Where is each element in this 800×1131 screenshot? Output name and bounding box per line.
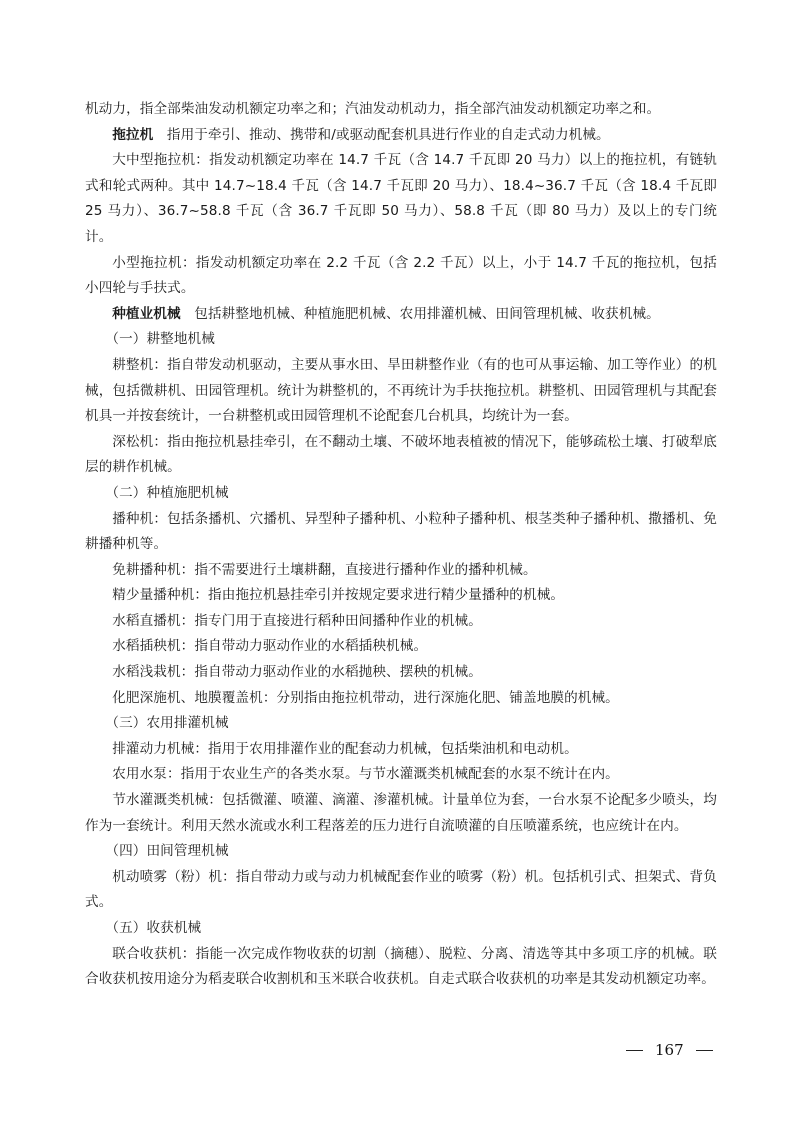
paragraph-text: 排灌动力机械：指用于农用排灌作业的配套动力机械，包括柴油机和电动机。 [112, 741, 578, 757]
section-heading-harvest: （五）收获机械 [85, 916, 717, 942]
paragraph-text: 节水灌溉类机械：包括微灌、喷灌、滴灌、渗灌机械。计量单位为套，一台水泵不论配多少… [85, 792, 717, 834]
paragraph-rice-transplanter: 水稻插秧机：指自带动力驱动作业的水稻插秧机械。 [85, 634, 717, 660]
paragraph-combine-harvester: 联合收获机：指能一次完成作物收获的切割（摘穗）、脱粒、分离、清选等其中多项工序的… [85, 942, 717, 993]
section-heading-tillage: （一）耕整地机械 [85, 327, 717, 353]
heading-text: （三）农用排灌机械 [105, 715, 228, 731]
term-tractor: 拖拉机 [112, 127, 153, 143]
paragraph-engine-power: 机动力，指全部柴油发动机额定功率之和；汽油发动机动力，指全部汽油发动机额定功率之… [85, 97, 717, 123]
paragraph-text: 水稻插秧机：指自带动力驱动作业的水稻插秧机械。 [112, 638, 427, 654]
paragraph-small-tractor: 小型拖拉机：指发动机额定功率在 2.2 千瓦（含 2.2 千瓦）以上，小于 14… [85, 251, 717, 302]
paragraph-irrigation-power: 排灌动力机械：指用于农用排灌作业的配套动力机械，包括柴油机和电动机。 [85, 737, 717, 763]
paragraph-subsoiler: 深松机：指由拖拉机悬挂牵引，在不翻动土壤、不破坏地表植被的情况下，能够疏松土壤、… [85, 430, 717, 481]
paragraph-large-tractor: 大中型拖拉机：指发动机额定功率在 14.7 千瓦（含 14.7 千瓦即 20 马… [85, 148, 717, 250]
document-body: 机动力，指全部柴油发动机额定功率之和；汽油发动机动力，指全部汽油发动机额定功率之… [85, 97, 717, 993]
paragraph-text: 耕整机：指自带发动机驱动，主要从事水田、旱田耕整作业（有的也可从事运输、加工等作… [85, 357, 717, 424]
paragraph-text: 机动喷雾（粉）机：指自带动力或与动力机械配套作业的喷雾（粉）机。包括机引式、担架… [85, 869, 717, 911]
paragraph-cultivator: 耕整机：指自带发动机驱动，主要从事水田、旱田耕整作业（有的也可从事运输、加工等作… [85, 353, 717, 430]
paragraph-precision-seeder: 精少量播种机：指由拖拉机悬挂牵引并按规定要求进行精少量播种的机械。 [85, 583, 717, 609]
paragraph-text: 农用水泵：指用于农业生产的各类水泵。与节水灌溉类机械配套的水泵不统计在内。 [112, 766, 619, 782]
paragraph-text: 指用于牵引、推动、携带和/或驱动配套机具进行作业的自走式动力机械。 [167, 127, 610, 143]
page-number-text: 167 [655, 1041, 684, 1059]
paragraph-text: 大中型拖拉机：指发动机额定功率在 14.7 千瓦（含 14.7 千瓦即 20 马… [85, 152, 717, 245]
paragraph-text: 精少量播种机：指由拖拉机悬挂牵引并按规定要求进行精少量播种的机械。 [112, 587, 564, 603]
paragraph-planting-machinery: 种植业机械包括耕整地机械、种植施肥机械、农用排灌机械、田间管理机械、收获机械。 [85, 302, 717, 328]
paragraph-seeder: 播种机：包括条播机、穴播机、异型种子播种机、小粒种子播种机、根茎类种子播种机、撒… [85, 507, 717, 558]
paragraph-sprayer: 机动喷雾（粉）机：指自带动力或与动力机械配套作业的喷雾（粉）机。包括机引式、担架… [85, 865, 717, 916]
term-planting-machinery: 种植业机械 [112, 306, 180, 322]
heading-text: （四）田间管理机械 [105, 843, 228, 859]
dash-right [696, 1050, 713, 1051]
section-heading-field-management: （四）田间管理机械 [85, 839, 717, 865]
paragraph-text: 小型拖拉机：指发动机额定功率在 2.2 千瓦（含 2.2 千瓦）以上，小于 14… [85, 255, 717, 297]
section-heading-irrigation: （三）农用排灌机械 [85, 711, 717, 737]
heading-text: （五）收获机械 [105, 920, 201, 936]
paragraph-no-till-seeder: 免耕播种机：指不需要进行土壤耕翻，直接进行播种作业的播种机械。 [85, 558, 717, 584]
paragraph-water-saving-irrigation: 节水灌溉类机械：包括微灌、喷灌、滴灌、渗灌机械。计量单位为套，一台水泵不论配多少… [85, 788, 717, 839]
paragraph-text: 化肥深施机、地膜覆盖机：分别指由拖拉机带动，进行深施化肥、铺盖地膜的机械。 [112, 690, 619, 706]
paragraph-rice-shallow-planter: 水稻浅栽机：指自带动力驱动作业的水稻抛秧、摆秧的机械。 [85, 660, 717, 686]
dash-left [626, 1050, 643, 1051]
paragraph-text: 机动力，指全部柴油发动机额定功率之和；汽油发动机动力，指全部汽油发动机额定功率之… [85, 101, 660, 117]
heading-text: （二）种植施肥机械 [105, 485, 228, 501]
paragraph-text: 联合收获机：指能一次完成作物收获的切割（摘穗）、脱粒、分离、清选等其中多项工序的… [85, 946, 717, 988]
paragraph-fertilizer-film: 化肥深施机、地膜覆盖机：分别指由拖拉机带动，进行深施化肥、铺盖地膜的机械。 [85, 686, 717, 712]
section-heading-planting: （二）种植施肥机械 [85, 481, 717, 507]
paragraph-text: 包括耕整地机械、种植施肥机械、农用排灌机械、田间管理机械、收获机械。 [194, 306, 660, 322]
heading-text: （一）耕整地机械 [105, 331, 215, 347]
paragraph-text: 播种机：包括条播机、穴播机、异型种子播种机、小粒种子播种机、根茎类种子播种机、撒… [85, 511, 717, 553]
paragraph-text: 水稻直播机：指专门用于直接进行稻种田间播种作业的机械。 [112, 613, 482, 629]
paragraph-rice-direct-seeder: 水稻直播机：指专门用于直接进行稻种田间播种作业的机械。 [85, 609, 717, 635]
paragraph-text: 免耕播种机：指不需要进行土壤耕翻，直接进行播种作业的播种机械。 [112, 562, 537, 578]
page-number: 167 [626, 1041, 713, 1059]
paragraph-water-pump: 农用水泵：指用于农业生产的各类水泵。与节水灌溉类机械配套的水泵不统计在内。 [85, 762, 717, 788]
paragraph-tractor-definition: 拖拉机指用于牵引、推动、携带和/或驱动配套机具进行作业的自走式动力机械。 [85, 123, 717, 149]
paragraph-text: 深松机：指由拖拉机悬挂牵引，在不翻动土壤、不破坏地表植被的情况下，能够疏松土壤、… [85, 434, 717, 476]
paragraph-text: 水稻浅栽机：指自带动力驱动作业的水稻抛秧、摆秧的机械。 [112, 664, 482, 680]
